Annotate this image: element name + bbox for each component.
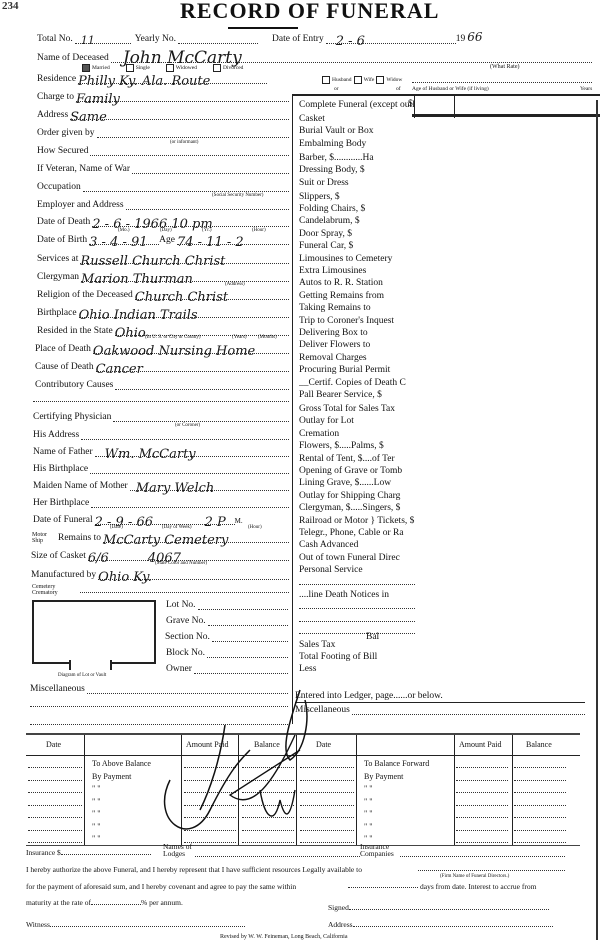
charge-item[interactable]: Total Footing of Bill bbox=[299, 652, 415, 662]
his-birthplace-label: His Birthplace bbox=[33, 464, 88, 474]
ledger-row-label: By Payment bbox=[364, 772, 403, 781]
ledger-cell[interactable] bbox=[28, 767, 82, 768]
physician-sub: (or Coroner) bbox=[175, 423, 200, 428]
lodges-field[interactable] bbox=[195, 854, 360, 857]
year-field[interactable]: 66 bbox=[467, 30, 482, 44]
marital-widowed[interactable]: Widowed bbox=[166, 64, 197, 72]
contributory-field[interactable] bbox=[115, 380, 289, 390]
crematory-label: Crematory bbox=[32, 590, 58, 596]
ledger-row-label: " " bbox=[364, 784, 373, 793]
mother-field[interactable]: Mary Welch bbox=[130, 481, 289, 491]
ledger-cell[interactable] bbox=[514, 817, 566, 818]
motor-ship-label: Motor Ship bbox=[32, 532, 47, 544]
lodges-label: Names of Lodges bbox=[163, 843, 193, 857]
charge-item[interactable] bbox=[299, 627, 415, 634]
mother-row: Maiden Name of Mother Mary Welch bbox=[33, 481, 289, 491]
relation-wife[interactable]: Wife bbox=[354, 76, 375, 84]
right-misc-field[interactable] bbox=[352, 705, 585, 715]
date-of-birth-label: Date of Birth bbox=[37, 235, 87, 245]
charge-to-row: Charge to Family bbox=[37, 92, 289, 102]
age-label: Age bbox=[159, 235, 175, 245]
ledger-cell[interactable] bbox=[28, 817, 82, 818]
dod-sub-hour: (Hour) bbox=[252, 228, 266, 233]
ledger-cell[interactable] bbox=[456, 767, 508, 768]
charge-item[interactable]: Limousines to Cemetery bbox=[299, 254, 415, 264]
charge-item[interactable]: Slippers, $ bbox=[299, 192, 415, 202]
her-birthplace-label: Her Birthplace bbox=[33, 498, 89, 508]
funeral-sub-date: (Date) bbox=[110, 525, 123, 530]
birthplace-label: Birthplace bbox=[37, 308, 77, 318]
charge-item[interactable] bbox=[299, 578, 415, 585]
clergyman-label: Clergyman bbox=[37, 272, 79, 282]
year-prefix: 19 bbox=[456, 34, 466, 44]
header-row: Total No. 11 Yearly No. Date of Entry 2 … bbox=[37, 30, 592, 44]
marital-divorced[interactable]: Divorced bbox=[213, 64, 243, 72]
witness-label: Witness bbox=[26, 920, 50, 929]
owner-field[interactable] bbox=[194, 664, 288, 674]
block-label: Block No. bbox=[166, 648, 205, 658]
balance-label: Bal bbox=[366, 632, 379, 642]
address-row: Address Same bbox=[37, 110, 289, 120]
ledger-row-label: " " bbox=[92, 822, 101, 831]
relation-widow[interactable]: Widow bbox=[376, 76, 402, 84]
funeral-sub-hour: (Hour) bbox=[248, 525, 262, 530]
charge-item[interactable]: Opening of Grave or Tomb bbox=[299, 466, 415, 476]
maturity-label: maturity at the rate of bbox=[26, 898, 91, 907]
signed-field[interactable] bbox=[349, 909, 549, 910]
place-of-death-row: Place of Death Oakwood Nursing Home bbox=[35, 344, 289, 354]
date-funeral-field[interactable]: 2 - 9 - 66 bbox=[95, 515, 205, 525]
charge-item[interactable]: Procuring Burial Permit bbox=[299, 365, 415, 375]
contributory-row: Contributory Causes bbox=[35, 380, 289, 390]
ledger-cell[interactable] bbox=[514, 780, 566, 781]
resided-label: Resided in the State bbox=[37, 326, 113, 336]
resided-sub-us: (In U. S. or City or County) bbox=[145, 335, 201, 340]
diagram-tick-left bbox=[69, 660, 71, 670]
date-of-death-row: Date of Death 2 - 6 - 1966 10 pm bbox=[37, 217, 289, 227]
ledger-cell[interactable] bbox=[28, 842, 82, 843]
insurance-label: Insurance $ bbox=[26, 848, 61, 857]
ledger-cell[interactable] bbox=[28, 805, 82, 806]
charge-item[interactable]: Less bbox=[299, 664, 415, 674]
mother-label: Maiden Name of Mother bbox=[33, 481, 128, 491]
date-funeral-row: Date of Funeral 2 - 9 - 66 2 P M. bbox=[33, 515, 289, 525]
ledger-row-label: " " bbox=[364, 822, 373, 831]
section-label: Section No. bbox=[165, 632, 210, 642]
deceased-name-row: Name of Deceased John McCarty bbox=[37, 48, 592, 63]
order-given-row: Order given by bbox=[37, 128, 289, 138]
employer-field[interactable] bbox=[126, 200, 289, 210]
veteran-row: If Veteran, Name of War bbox=[37, 164, 289, 174]
casket-number-field[interactable]: 4067 bbox=[148, 551, 289, 561]
services-label: Services at bbox=[37, 254, 78, 264]
ledger-row-label: By Payment bbox=[92, 772, 131, 781]
ledger-cell[interactable] bbox=[456, 792, 508, 793]
charge-item[interactable]: Funeral Car, $ bbox=[299, 241, 415, 251]
ledger-cell[interactable] bbox=[514, 842, 566, 843]
maturity-row: maturity at the rate of% per annum. bbox=[26, 898, 183, 907]
grave-label: Grave No. bbox=[166, 616, 206, 626]
charge-item[interactable]: Cremation bbox=[299, 429, 415, 439]
total-no-label: Total No. bbox=[37, 34, 73, 44]
religion-row: Religion of the Deceased Church Christ bbox=[37, 290, 289, 300]
checkbox-icon[interactable] bbox=[322, 76, 330, 84]
charge-item[interactable]: Getting Remains from bbox=[299, 291, 415, 301]
owner-label: Owner bbox=[166, 664, 192, 674]
casket-size-field[interactable]: 6/6 bbox=[88, 551, 148, 561]
years-label: Years bbox=[580, 86, 592, 92]
charge-item[interactable]: Suit or Dress bbox=[299, 178, 415, 188]
deceased-name-field[interactable]: John McCarty bbox=[111, 48, 592, 63]
checkbox-icon[interactable] bbox=[213, 64, 221, 72]
services-row: Services at Russell Church Christ bbox=[37, 254, 289, 264]
employer-row: Employer and Address bbox=[37, 200, 289, 210]
checkbox-icon[interactable] bbox=[166, 64, 174, 72]
father-label: Name of Father bbox=[33, 447, 93, 457]
ledger-cell[interactable] bbox=[28, 792, 82, 793]
lot-diagram-gap bbox=[70, 660, 110, 664]
percent-label: % per annum. bbox=[141, 898, 183, 907]
father-row: Name of Father Wm. McCarty bbox=[33, 447, 289, 457]
section-row: Section No. bbox=[165, 632, 288, 642]
his-address-field[interactable] bbox=[81, 430, 289, 440]
ledger-row-label: " " bbox=[92, 784, 101, 793]
grave-row: Grave No. bbox=[166, 616, 288, 626]
firm-sub: (Firm Name of Funeral Directors.) bbox=[440, 874, 509, 879]
charge-item[interactable]: Extra Limousines bbox=[299, 266, 415, 276]
charge-item[interactable]: Gross Total for Sales Tax bbox=[299, 404, 415, 414]
her-birthplace-row: Her Birthplace bbox=[33, 498, 289, 508]
checkbox-icon[interactable] bbox=[126, 64, 134, 72]
charge-item[interactable]: Lining Grave, $......Low bbox=[299, 478, 415, 488]
remains-field[interactable]: McCarty Cemetery bbox=[103, 533, 289, 543]
firm-field[interactable] bbox=[418, 868, 565, 871]
place-of-death-field[interactable]: Oakwood Nursing Home bbox=[93, 344, 289, 354]
charge-to-label: Charge to bbox=[37, 92, 74, 102]
ledger-row-label: " " bbox=[92, 834, 101, 843]
charges-panel: Complete Funeral (except outlays)CasketB… bbox=[292, 94, 413, 724]
charge-item[interactable]: Cash Advanced bbox=[299, 540, 415, 550]
funeral-m-label: M. bbox=[235, 517, 243, 525]
address-field[interactable]: Same bbox=[70, 110, 289, 120]
date-of-entry-field[interactable]: 2 - 6 bbox=[326, 34, 456, 44]
manufactured-label: Manufactured by bbox=[31, 570, 96, 580]
ledger-cell[interactable] bbox=[456, 830, 508, 831]
ledger-cell[interactable] bbox=[514, 792, 566, 793]
casket-sub: (State Color and Number) bbox=[155, 561, 207, 566]
occupation-field[interactable] bbox=[83, 182, 289, 192]
resided-sub-months: (Months) bbox=[258, 335, 277, 340]
what-rate-label: (What Rate) bbox=[490, 64, 519, 70]
ledger-cell[interactable] bbox=[514, 805, 566, 806]
ledger-vline bbox=[454, 735, 455, 845]
charge-item[interactable]: Casket bbox=[299, 114, 415, 124]
charge-item[interactable]: Door Spray, $ bbox=[299, 229, 415, 239]
cause-row: Cause of Death Cancer bbox=[35, 362, 289, 372]
employer-label: Employer and Address bbox=[37, 200, 124, 210]
residence-row: Residence Philly Ky. Ala. Route bbox=[37, 74, 267, 84]
marital-status-group: Married Single Widowed Divorced bbox=[82, 64, 259, 72]
section-field[interactable] bbox=[212, 632, 288, 642]
veteran-field[interactable] bbox=[132, 164, 289, 174]
companies-field[interactable] bbox=[400, 854, 565, 857]
document-title: RECORD OF FUNERAL bbox=[180, 0, 439, 24]
how-secured-label: How Secured bbox=[37, 146, 88, 156]
date-of-entry-label: Date of Entry bbox=[272, 34, 324, 44]
complete-funeral-dollar: $ bbox=[408, 99, 413, 109]
amount-divider-1 bbox=[414, 96, 415, 118]
clergyman-row: Clergyman Marion Thurman bbox=[37, 272, 289, 282]
date-of-death-field[interactable]: 2 - 6 - 1966 10 pm bbox=[92, 217, 289, 227]
charge-item[interactable]: __Certif. Copies of Death C bbox=[299, 378, 415, 388]
checkbox-icon[interactable] bbox=[354, 76, 362, 84]
casket-label: Size of Casket bbox=[31, 551, 86, 561]
charge-to-field[interactable]: Family bbox=[76, 92, 289, 102]
ledger-cell[interactable] bbox=[242, 842, 294, 843]
charge-item[interactable]: ....line Death Notices in bbox=[299, 590, 415, 600]
religion-field[interactable]: Church Christ bbox=[135, 290, 289, 300]
remains-label: Remains to bbox=[58, 533, 101, 543]
clergy-address-sub: (Address) bbox=[225, 282, 245, 287]
ledger-vline bbox=[84, 735, 85, 845]
charge-item[interactable]: Flowers, $.....Palms, $ bbox=[299, 441, 415, 451]
charge-item[interactable] bbox=[299, 602, 415, 609]
spouse-dots bbox=[412, 78, 592, 83]
dod-sub-yr: (Yr.) bbox=[202, 228, 212, 233]
residence-field[interactable]: Philly Ky. Ala. Route bbox=[78, 74, 267, 84]
cemetery-labels: Cemetery Crematory bbox=[32, 584, 58, 596]
ledger-row-label: " " bbox=[364, 797, 373, 806]
days-text: days from date. Interest to accrue from bbox=[420, 882, 536, 891]
owner-row: Owner bbox=[166, 664, 288, 674]
ledger-right-balance-header: Balance bbox=[526, 740, 552, 749]
ledger-left-date-header: Date bbox=[46, 740, 61, 749]
yearly-no-field[interactable] bbox=[178, 34, 258, 44]
charge-item[interactable]: Dressing Body, $ bbox=[299, 165, 415, 175]
deceased-name-label: Name of Deceased bbox=[37, 53, 109, 63]
resided-sub-years: (Years) bbox=[232, 335, 247, 340]
veteran-label: If Veteran, Name of War bbox=[37, 164, 130, 174]
date-of-birth-row: Date of Birth 3 - 4 - 91 Age 74 - 11 - 2 bbox=[37, 235, 289, 245]
ledger-cell[interactable] bbox=[300, 842, 354, 843]
insurance-row: Insurance $ bbox=[26, 848, 151, 857]
witness-field[interactable] bbox=[50, 926, 245, 927]
residence-label: Residence bbox=[37, 74, 76, 84]
charge-item[interactable]: Delivering Box to bbox=[299, 328, 415, 338]
footer-address-field[interactable] bbox=[353, 926, 553, 927]
his-birthplace-row: His Birthplace bbox=[33, 464, 289, 474]
relation-of: of bbox=[396, 86, 401, 92]
remains-row: Remains to McCarty Cemetery bbox=[58, 533, 289, 543]
funeral-time-field[interactable]: 2 P bbox=[205, 515, 235, 525]
companies-label: Insurance Companies bbox=[360, 843, 405, 857]
days-field[interactable] bbox=[348, 885, 418, 888]
contributory-label: Contributory Causes bbox=[35, 380, 113, 390]
physician-row: Certifying Physician bbox=[33, 412, 289, 422]
misc-label: Miscellaneous bbox=[30, 684, 85, 694]
dod-sub-day: (Day) bbox=[160, 228, 172, 233]
occupation-row: Occupation bbox=[37, 182, 289, 192]
relation-or: or bbox=[334, 86, 339, 92]
charge-item[interactable]: Barber, $............Ha bbox=[299, 153, 415, 163]
ledger-row-label: " " bbox=[92, 809, 101, 818]
charge-item[interactable]: Clergyman, $.....Singers, $ bbox=[299, 503, 415, 513]
manufactured-row: Manufactured by Ohio Ky. bbox=[31, 570, 289, 580]
dod-sub-mo: (Mo.) bbox=[118, 228, 130, 233]
block-row: Block No. bbox=[166, 648, 288, 658]
his-address-label: His Address bbox=[33, 430, 79, 440]
rate-field[interactable] bbox=[91, 904, 141, 905]
how-secured-field[interactable] bbox=[90, 146, 289, 156]
order-given-sub: (or informant) bbox=[170, 140, 198, 145]
ledger-cell[interactable] bbox=[456, 817, 508, 818]
charge-item[interactable]: Removal Charges bbox=[299, 353, 415, 363]
amount-divider-2 bbox=[454, 96, 455, 118]
manufactured-field[interactable]: Ohio Ky. bbox=[98, 570, 289, 580]
services-field[interactable]: Russell Church Christ bbox=[80, 254, 289, 264]
charge-item[interactable]: Folding Chairs, $ bbox=[299, 204, 415, 214]
authorize-text: I hereby authorize the above Funeral, an… bbox=[26, 865, 362, 874]
yearly-no-label: Yearly No. bbox=[135, 34, 176, 44]
ssn-sub: (Social Security Number) bbox=[212, 193, 263, 198]
page-number: 234 bbox=[2, 0, 19, 12]
his-birthplace-field[interactable] bbox=[90, 464, 289, 474]
footer-address-row: Address bbox=[328, 920, 553, 929]
revised-by-text: Revised by W. W. Feineman, Long Beach, C… bbox=[220, 934, 347, 940]
signed-row: Signed bbox=[328, 903, 549, 912]
charge-item[interactable]: Taking Remains to bbox=[299, 303, 415, 313]
place-of-death-label: Place of Death bbox=[35, 344, 91, 354]
charge-item[interactable]: Candelabrum, $ bbox=[299, 216, 415, 226]
total-no-field[interactable]: 11 bbox=[75, 34, 131, 44]
charge-item[interactable]: Out of town Funeral Direc bbox=[299, 553, 415, 563]
charge-item[interactable]: Sales Tax bbox=[299, 640, 415, 650]
physician-label: Certifying Physician bbox=[33, 412, 111, 422]
cause-field[interactable]: Cancer bbox=[96, 362, 289, 372]
charge-item[interactable]: Embalming Body bbox=[299, 139, 415, 149]
her-birthplace-field[interactable] bbox=[91, 498, 289, 508]
ledger-cell[interactable] bbox=[456, 780, 508, 781]
ledger-row-label: " " bbox=[92, 797, 101, 806]
charge-item[interactable] bbox=[299, 615, 415, 622]
charge-item[interactable]: Personal Service bbox=[299, 565, 415, 575]
ledger-row-label: " " bbox=[364, 809, 373, 818]
birthplace-field[interactable]: Ohio Indian Trails bbox=[79, 308, 289, 318]
ledger-cell[interactable] bbox=[456, 805, 508, 806]
witness-row: Witness bbox=[26, 920, 245, 929]
age-field[interactable]: 74 - 11 - 2 bbox=[177, 235, 289, 245]
cause-label: Cause of Death bbox=[35, 362, 94, 372]
lot-field[interactable] bbox=[198, 600, 288, 610]
order-given-label: Order given by bbox=[37, 128, 95, 138]
age-spouse-label: Age of Husband or Wife (if living) bbox=[412, 86, 489, 92]
ledger-row-label: To Balance Forward bbox=[364, 759, 429, 768]
marital-single[interactable]: Single bbox=[126, 64, 150, 72]
ledger-cell[interactable] bbox=[456, 842, 508, 843]
charge-item[interactable]: Complete Funeral (except outlays) bbox=[299, 100, 415, 110]
ledger-right-amount-header: Amount Paid bbox=[459, 740, 501, 749]
diagram-label: Diagram of Lot or Vault bbox=[58, 673, 106, 678]
checkbox-icon[interactable] bbox=[376, 76, 384, 84]
lot-row: Lot No. bbox=[166, 600, 288, 610]
ledger-cell[interactable] bbox=[514, 767, 566, 768]
occupation-label: Occupation bbox=[37, 182, 81, 192]
diagram-tick-right bbox=[110, 660, 112, 670]
charge-item[interactable]: Autos to R. R. Station bbox=[299, 278, 415, 288]
clergyman-field[interactable]: Marion Thurman bbox=[81, 272, 289, 282]
religion-label: Religion of the Deceased bbox=[37, 290, 133, 300]
relation-group: Husband Wife Widow bbox=[322, 76, 404, 84]
ledger-cell[interactable] bbox=[28, 830, 82, 831]
charges-amount-bar bbox=[412, 114, 600, 117]
date-of-birth-field[interactable]: 3 - 4 - 91 bbox=[89, 235, 159, 245]
funeral-sub-day: (Day of Week) bbox=[162, 525, 192, 530]
ledger-cell[interactable] bbox=[514, 830, 566, 831]
marital-married[interactable]: Married bbox=[82, 64, 110, 72]
signed-label: Signed bbox=[328, 903, 349, 912]
grave-field[interactable] bbox=[208, 616, 288, 626]
father-field[interactable]: Wm. McCarty bbox=[95, 447, 289, 457]
casket-row: Size of Casket 6/6 4067 bbox=[31, 551, 289, 561]
relation-husband[interactable]: Husband bbox=[322, 76, 352, 84]
charge-item[interactable]: Burial Vault or Box bbox=[299, 126, 415, 136]
checkbox-checked-icon[interactable] bbox=[82, 64, 90, 72]
charge-item[interactable]: Railroad or Motor } Tickets, $ bbox=[299, 516, 415, 526]
insurance-field[interactable] bbox=[61, 854, 151, 855]
address-label: Address bbox=[37, 110, 68, 120]
charge-item[interactable]: Trip to Coroner's Inquest bbox=[299, 316, 415, 326]
charge-item[interactable]: Rental of Tent, $....of Ter bbox=[299, 454, 415, 464]
lot-label: Lot No. bbox=[166, 600, 196, 610]
charge-item[interactable]: Pall Bearer Service, $ bbox=[299, 390, 415, 400]
charge-item[interactable]: Deliver Flowers to bbox=[299, 340, 415, 350]
date-of-death-label: Date of Death bbox=[37, 217, 90, 227]
how-secured-row: How Secured bbox=[37, 146, 289, 156]
charge-item[interactable]: Telegr., Phone, Cable or Ra bbox=[299, 528, 415, 538]
charge-item[interactable]: Outlay for Shipping Charg bbox=[299, 491, 415, 501]
charge-item[interactable]: Outlay for Lot bbox=[299, 416, 415, 426]
title-underline bbox=[228, 27, 298, 29]
order-given-field[interactable] bbox=[97, 128, 289, 138]
ledger-cell[interactable] bbox=[28, 780, 82, 781]
page-edge-line bbox=[596, 100, 598, 940]
date-funeral-label: Date of Funeral bbox=[33, 515, 93, 525]
cemetery-field[interactable] bbox=[80, 588, 289, 593]
lot-diagram-box bbox=[32, 600, 156, 664]
contributory-extra-line[interactable] bbox=[33, 397, 289, 402]
physician-field[interactable] bbox=[113, 412, 289, 422]
his-address-row: His Address bbox=[33, 430, 289, 440]
footer-address-label: Address bbox=[328, 920, 353, 929]
block-field[interactable] bbox=[207, 648, 288, 658]
payment-text: for the payment of aforesaid sum, and I … bbox=[26, 882, 296, 891]
signature-scribble bbox=[140, 680, 340, 840]
ledger-vline bbox=[356, 735, 357, 845]
ledger-vline bbox=[512, 735, 513, 845]
birthplace-row: Birthplace Ohio Indian Trails bbox=[37, 308, 289, 318]
